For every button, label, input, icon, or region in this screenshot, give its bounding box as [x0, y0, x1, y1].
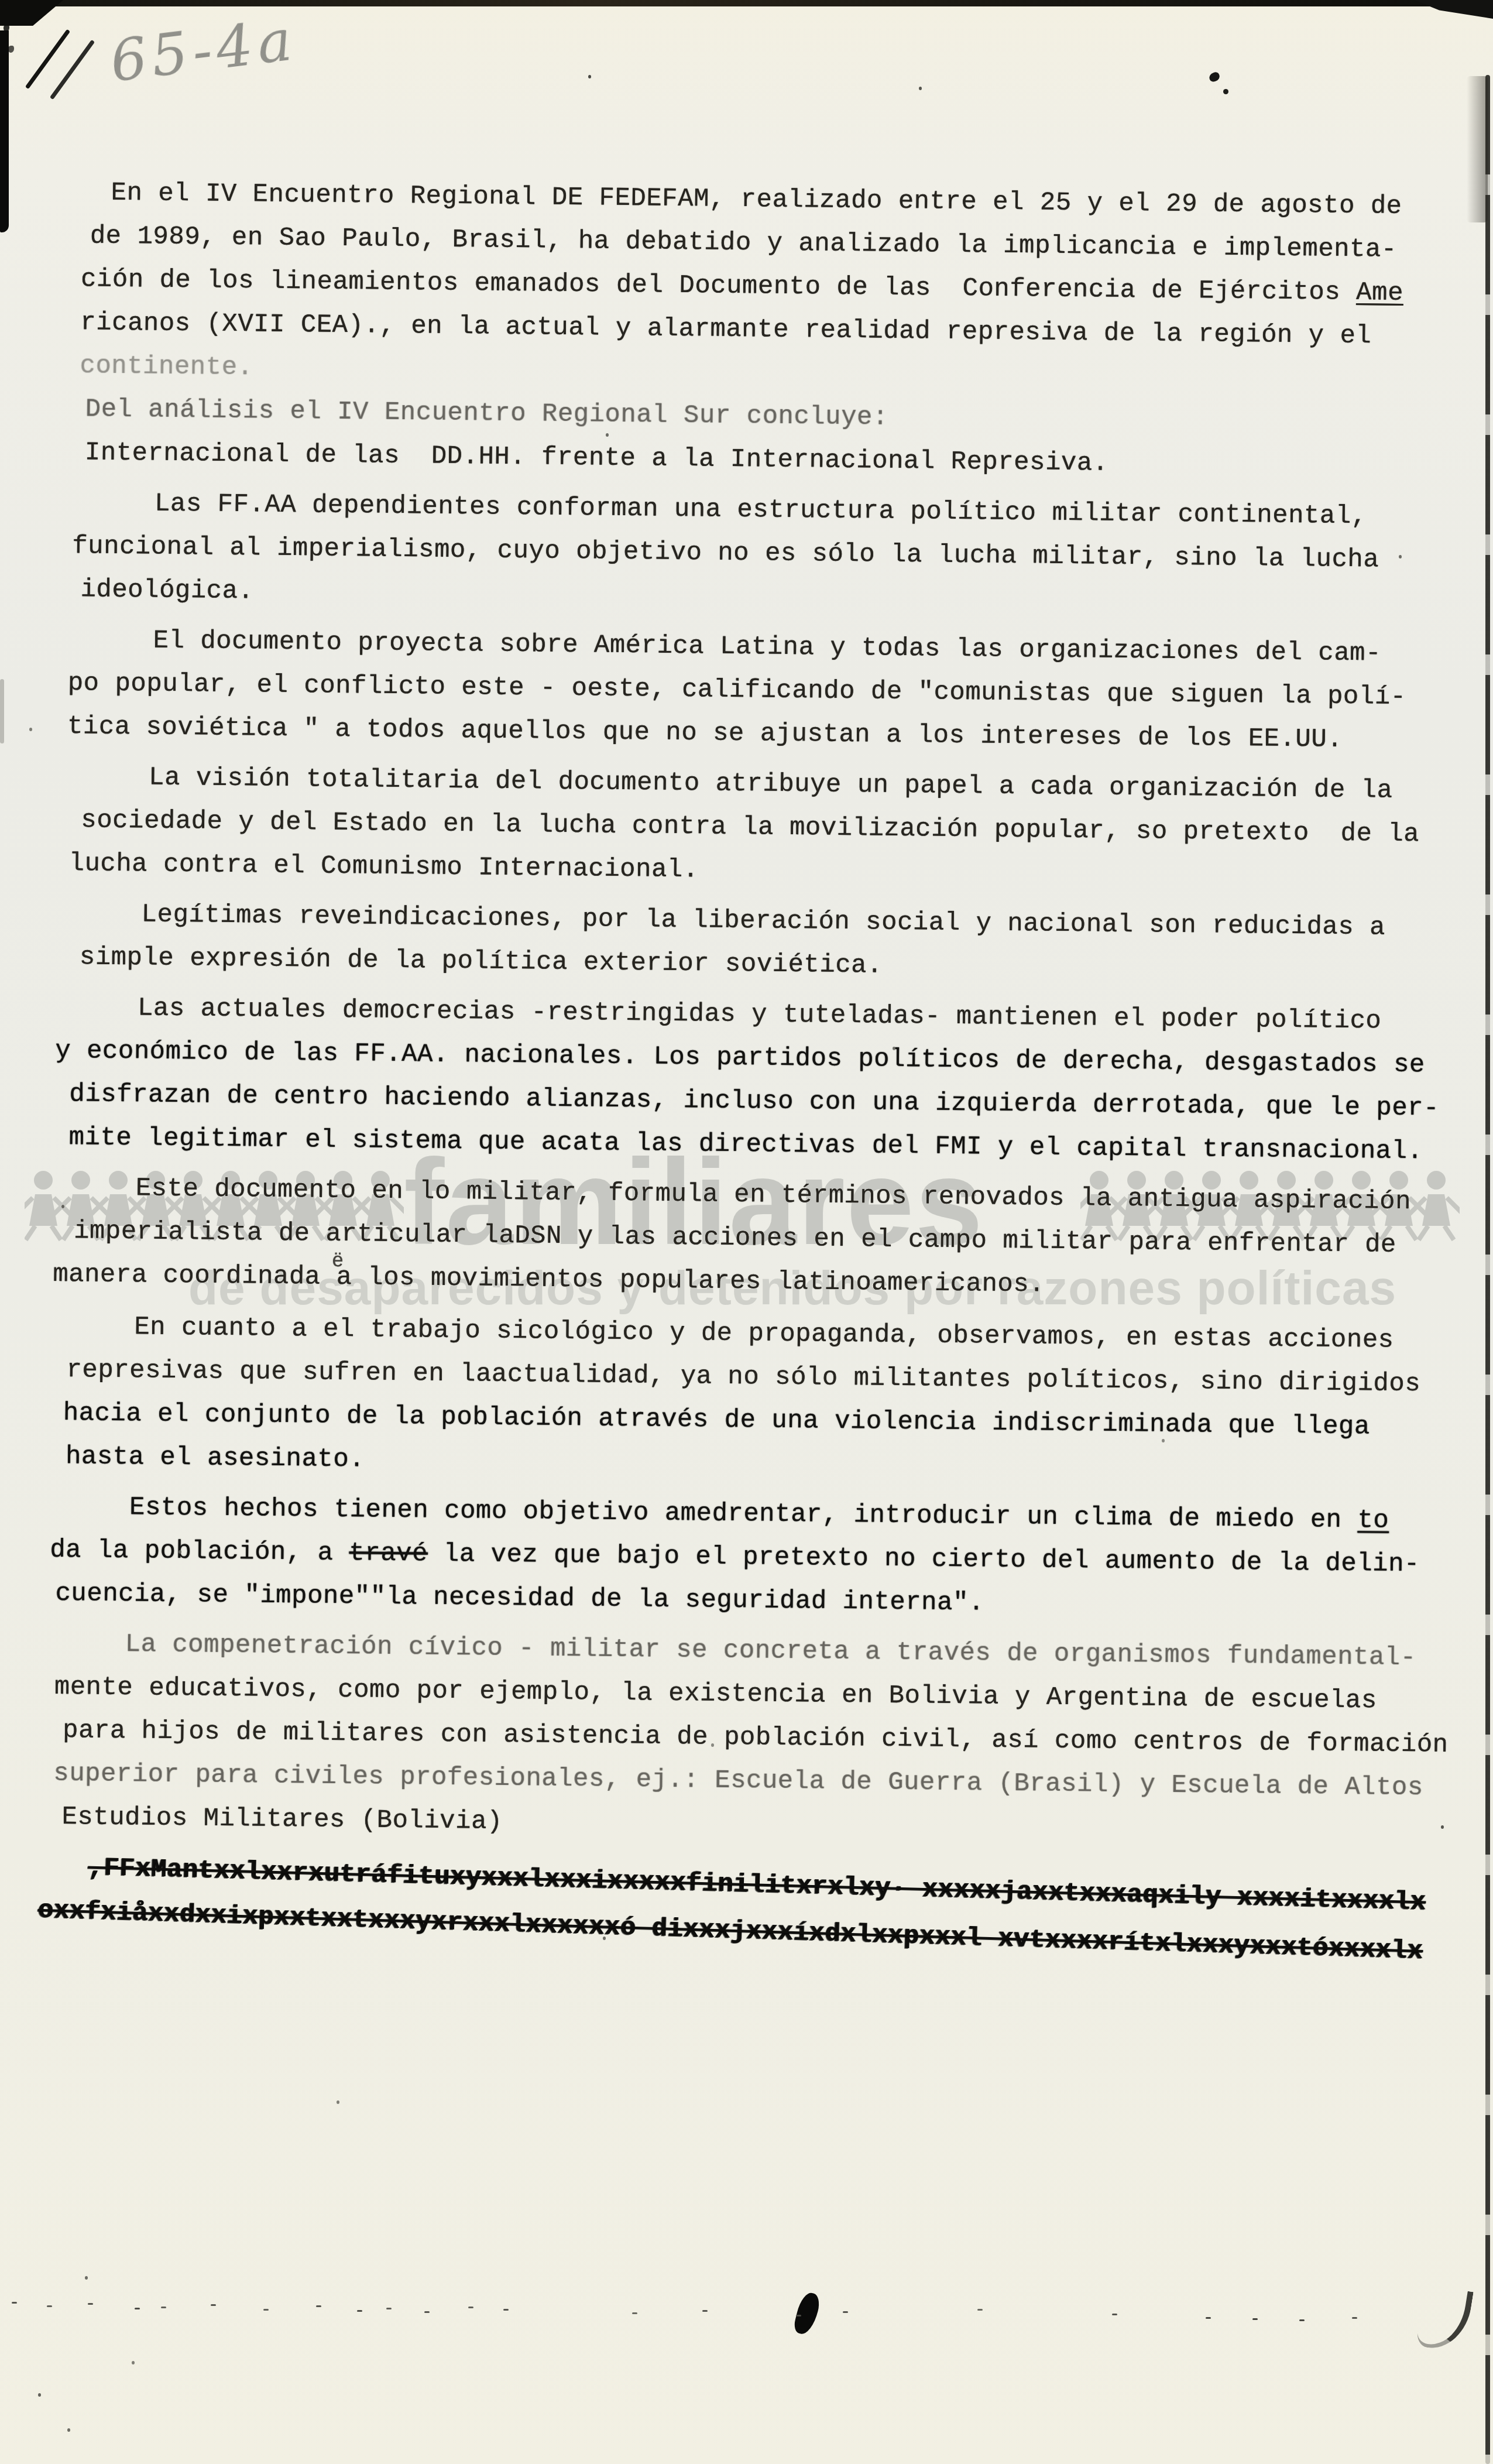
- typed-text: tica soviética " a todos aquellos que no…: [67, 712, 1343, 755]
- typewritten-text-block: En el IV Encuentro Regional DE FEDEFAM, …: [46, 171, 1492, 1947]
- typed-text: hasta el asesinato.: [66, 1442, 365, 1474]
- typed-text: En el IV Encuentro Regional DE FEDEFAM, …: [111, 179, 1402, 221]
- paper-speckles: [588, 75, 591, 78]
- typed-text: Del análisis el IV Encuentro Regional Su…: [85, 395, 888, 432]
- typed-text: Este documento en lo militar, formula en…: [136, 1174, 1412, 1216]
- scan-edge-top: [0, 0, 1493, 6]
- typed-text: to: [1357, 1506, 1389, 1536]
- ink-dot-top-right: [1208, 71, 1221, 83]
- scanned-document-page: 65-4a En el IV Encuentro Regional DE FED…: [0, 0, 1493, 2464]
- typed-text: ricanos (XVII CEA)., en la actual y alar…: [80, 308, 1372, 351]
- typed-text: Estudios Militares (Bolivia): [61, 1802, 503, 1836]
- typed-text: da la población, a: [50, 1536, 349, 1568]
- typed-text: Ame: [1356, 278, 1403, 308]
- typed-text: La visión totalitaria del documento atri…: [149, 763, 1393, 806]
- scan-corner-top-left: [0, 0, 63, 26]
- typed-text: superior para civiles profesionales, ej.…: [53, 1759, 1423, 1803]
- typed-text: de 1989, en Sao Paulo, Brasil, ha debati…: [90, 221, 1397, 264]
- typed-text: imperialista de articular laDSN y las ac…: [74, 1216, 1396, 1260]
- scan-corner-top-right: [1414, 0, 1493, 19]
- typed-text: En cuanto a el trabajo sicológico y de p…: [134, 1312, 1394, 1355]
- typed-text: disfrazan de centro haciendo alianzas, i…: [69, 1080, 1439, 1123]
- typed-text: Estos hechos tienen como objetivo amedre…: [129, 1493, 1358, 1535]
- typed-text: a los movimientos populares latinoameric…: [336, 1263, 1045, 1300]
- typed-text: y económico de las FF.AA. nacionales. Lo…: [55, 1036, 1425, 1080]
- typed-text: mente educativos, como por ejemplo, la e…: [54, 1673, 1377, 1716]
- typed-text: Las FF.AA dependientes conforman una est…: [155, 489, 1367, 532]
- scan-edge-right: [1485, 75, 1490, 2464]
- typed-text: sociedade y del Estado en la lucha contr…: [81, 806, 1419, 849]
- typed-text: El documento proyecta sobre América Lati…: [153, 626, 1381, 669]
- scan-edge-left-wedge: [0, 30, 9, 232]
- crease-speckle-line: [12, 2302, 17, 2304]
- typed-text: lucha contra el Comunismo Internacional.: [68, 849, 699, 885]
- ink-blob: [792, 2291, 822, 2336]
- ink-dot-top-right-small: [1223, 89, 1228, 94]
- scan-curve-bottom-right: [1415, 2284, 1474, 2353]
- typed-text: represivas que sufren en laactualidad, y…: [66, 1355, 1420, 1399]
- typed-text: manera coordinada: [53, 1260, 337, 1292]
- typed-text: ideológica.: [80, 575, 253, 606]
- typed-text: cuencia, se "impone""la necesidad de la …: [55, 1579, 984, 1618]
- typed-text: Legítimas reveindicaciones, por la liber…: [141, 900, 1385, 942]
- typed-text: travé: [349, 1538, 428, 1568]
- typed-text: La compenetración cívico - militar se co…: [125, 1630, 1416, 1673]
- typed-text: Internacional de las DD.HH. frente a la …: [85, 438, 1108, 478]
- typed-text: po popular, el conflicto este - oeste, c…: [68, 669, 1406, 712]
- typed-text: simple expresión de la política exterior…: [80, 943, 883, 980]
- typed-text: hacia el conjunto de la población atravé…: [63, 1399, 1370, 1441]
- scan-edge-left-streak: [0, 679, 4, 743]
- typed-text: continente.: [80, 351, 253, 382]
- archival-number: 65-4a: [107, 11, 299, 91]
- scan-edge-right-shadow: [1467, 76, 1488, 222]
- typed-text: la vez que bajo el pretexto no cierto de…: [428, 1540, 1420, 1579]
- typed-text: mite legitimar el sistema que acata las …: [68, 1123, 1423, 1166]
- typed-text: Las actuales democrecias -restringidas y…: [138, 993, 1382, 1036]
- typed-text: para hijos de militares con asistencia d…: [63, 1716, 1449, 1760]
- typed-text: funcional al imperialismo, cuyo objetivo…: [72, 532, 1379, 574]
- typed-text: ción de los lineamientos emanados del Do…: [81, 265, 1357, 307]
